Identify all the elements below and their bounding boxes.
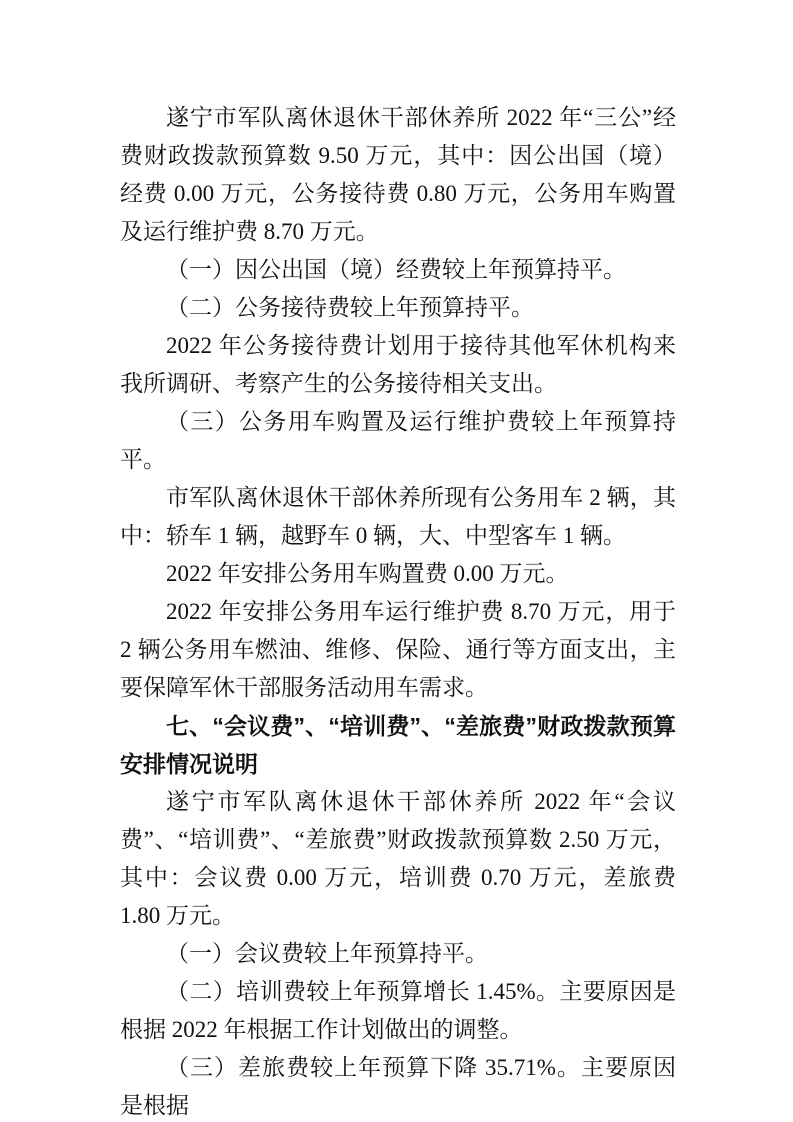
paragraph-reception-expense-item: （二）公务接待费较上年预算持平。 <box>120 289 676 327</box>
paragraph-abroad-expense-item: （一）因公出国（境）经费较上年预算持平。 <box>120 251 676 289</box>
paragraph-travel-fee-item: （三）差旅费较上年预算下降 35.71%。主要原因是根据 <box>120 1049 676 1122</box>
paragraph-vehicle-maintenance-budget: 2022 年安排公务用车运行维护费 8.70 万元，用于 2 辆公务用车燃油、维… <box>120 593 676 707</box>
document-page: 遂宁市军队离休退休干部休养所 2022 年“三公”经费财政拨款预算数 9.50 … <box>0 0 793 1122</box>
paragraph-training-fee-item: （二）培训费较上年预算增长 1.45%。主要原因是根据 2022 年根据工作计划… <box>120 973 676 1049</box>
paragraph-vehicle-count-detail: 市军队离休退休干部休养所现有公务用车 2 辆，其中：轿车 1 辆，越野车 0 辆… <box>120 479 676 555</box>
document-body: 遂宁市军队离休退休干部休养所 2022 年“三公”经费财政拨款预算数 9.50 … <box>120 99 676 1122</box>
paragraph-sangong-budget-summary: 遂宁市军队离休退休干部休养所 2022 年“三公”经费财政拨款预算数 9.50 … <box>120 99 676 251</box>
paragraph-vehicle-expense-item: （三）公务用车购置及运行维护费较上年预算持平。 <box>120 403 676 479</box>
section-7-heading: 七、“会议费”、“培训费”、“差旅费”财政拨款预算安排情况说明 <box>120 707 676 783</box>
paragraph-reception-expense-detail: 2022 年公务接待费计划用于接待其他军休机构来我所调研、考察产生的公务接待相关… <box>120 327 676 403</box>
paragraph-meeting-training-travel-summary: 遂宁市军队离休退休干部休养所 2022 年“会议费”、“培训费”、“差旅费”财政… <box>120 783 676 935</box>
paragraph-vehicle-purchase-budget: 2022 年安排公务用车购置费 0.00 万元。 <box>120 555 676 593</box>
paragraph-meeting-fee-item: （一）会议费较上年预算持平。 <box>120 935 676 973</box>
